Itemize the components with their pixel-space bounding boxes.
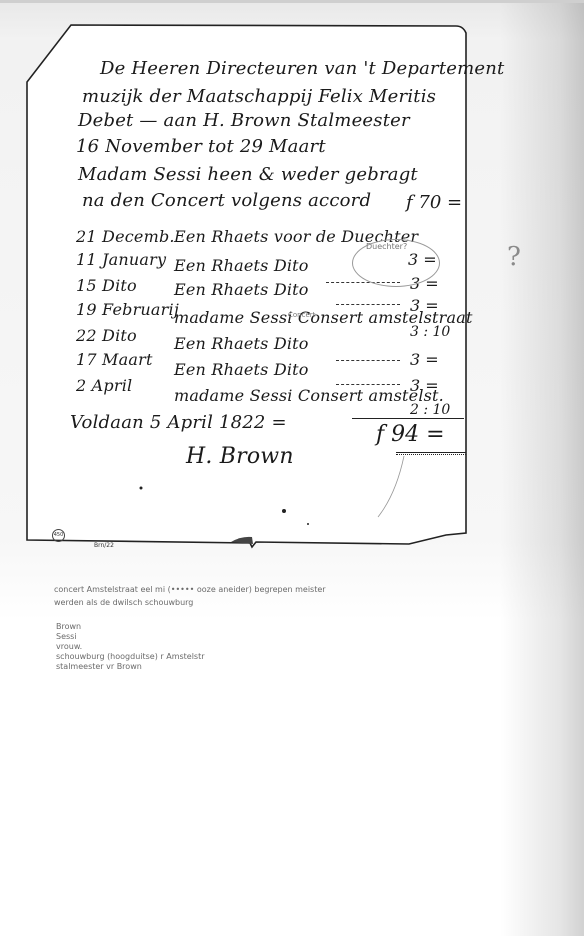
intro-amount: f 70 = <box>406 192 462 213</box>
intro-line-1: Madam Sessi heen & weder gebragt <box>78 164 418 185</box>
entry-description: Een Rhaets Dito <box>174 256 309 275</box>
entry-description: madame Sessi Consert amstelst. <box>174 386 444 405</box>
entry-date: 19 Februarij <box>76 300 179 319</box>
transcription-line-2: werden als de dwilsch schouwburg <box>54 598 193 608</box>
document-paper: De Heeren Directeuren van 't Departement… <box>26 24 490 559</box>
entry-amount: 3 : 10 <box>410 324 450 340</box>
archive-stamp: 450 <box>52 529 65 542</box>
entry-description: Een Rhaets Dito <box>174 280 309 299</box>
total-rule <box>352 418 464 419</box>
settlement-line: Voldaan 5 April 1822 = <box>70 412 287 433</box>
pencil-note-concert: Concert <box>288 311 315 319</box>
pencil-note-duechter: Duechter? <box>366 242 407 251</box>
transcription-name: vrouw. <box>56 642 82 652</box>
entry-date: 22 Dito <box>76 326 137 345</box>
period-line: 16 November tot 29 Maart <box>76 136 326 157</box>
scanner-top-edge <box>0 0 584 3</box>
transcription-name: schouwburg (hoogduitse) r Amstelstr <box>56 652 205 662</box>
entry-date: 11 January <box>76 250 166 269</box>
leader-dashes <box>336 360 400 361</box>
total-underline <box>396 452 466 455</box>
total-amount: f 94 = <box>376 422 445 447</box>
archive-reference: Brn/22 <box>94 542 114 549</box>
intro-line-2: na den Concert volgens accord <box>82 190 371 211</box>
side-question-mark: ? <box>507 242 521 272</box>
header-line-3: Debet — aan H. Brown Stalmeester <box>78 110 410 131</box>
transcription-line-1: concert Amstelstraat eel mi (••••• ooze … <box>54 585 326 595</box>
entry-date: 21 Decemb. <box>76 227 175 246</box>
transcription-name: Brown <box>56 622 81 632</box>
transcription-name: Sessi <box>56 632 77 642</box>
signature: H. Brown <box>186 444 294 469</box>
entry-amount: 2 : 10 <box>410 402 450 418</box>
header-line-2: muzijk der Maatschappij Felix Meritis <box>82 86 436 107</box>
transcription-name: stalmeester vr Brown <box>56 662 142 672</box>
entry-amount: 3 = <box>410 350 439 369</box>
entry-date: 17 Maart <box>76 350 153 369</box>
entry-date: 15 Dito <box>76 276 137 295</box>
leader-dashes <box>336 304 400 305</box>
entry-description: Een Rhaets Dito <box>174 334 309 353</box>
header-line-1: De Heeren Directeuren van 't Departement <box>100 58 504 79</box>
leader-dashes <box>336 384 400 385</box>
entry-description: Een Rhaets Dito <box>174 360 309 379</box>
entry-date: 2 April <box>76 376 132 395</box>
